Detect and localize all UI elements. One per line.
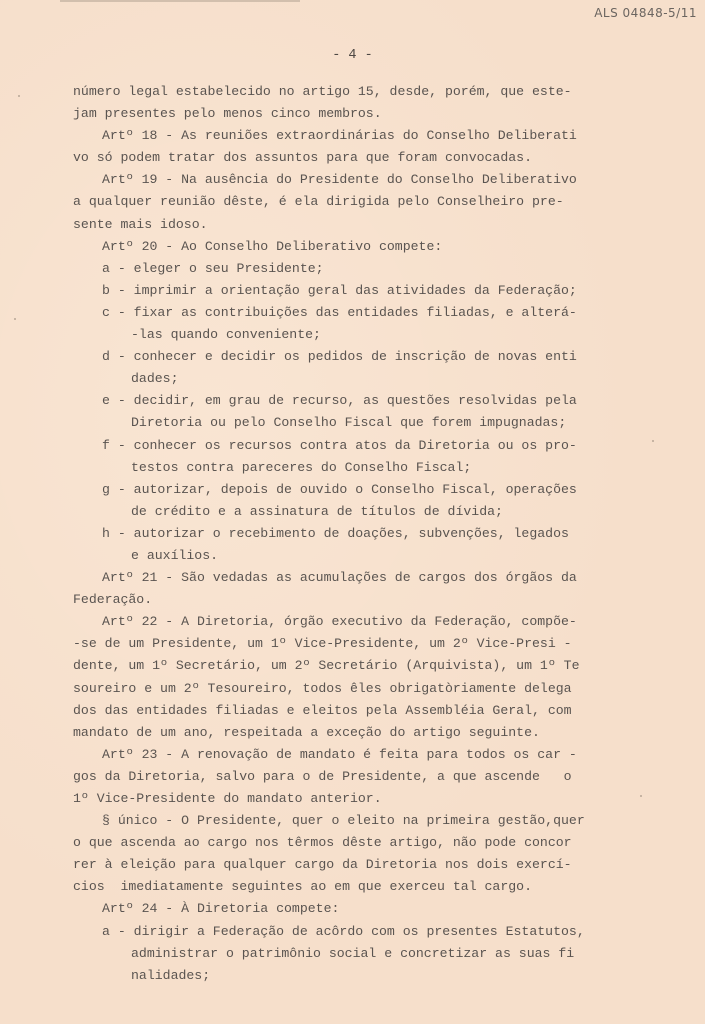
text-line: testos contra pareceres do Conselho Fisc… (73, 457, 633, 479)
text-line: Artº 19 - Na ausência do Presidente do C… (73, 169, 633, 191)
text-line: rer à eleição para qualquer cargo da Dir… (73, 854, 633, 876)
text-line: e auxílios. (73, 545, 633, 567)
text-line: gos da Diretoria, salvo para o de Presid… (73, 766, 633, 788)
text-line: -las quando conveniente; (73, 324, 633, 346)
text-line: vo só podem tratar dos assuntos para que… (73, 147, 633, 169)
text-line: d - conhecer e decidir os pedidos de ins… (73, 346, 633, 368)
paper-speck (14, 318, 16, 320)
text-line: c - fixar as contribuições das entidades… (73, 302, 633, 324)
paper-speck (652, 440, 654, 442)
text-line: mandato de um ano, respeitada a exceção … (73, 722, 633, 744)
text-line: f - conhecer os recursos contra atos da … (73, 435, 633, 457)
text-line: b - imprimir a orientação geral das ativ… (73, 280, 633, 302)
text-line: Artº 23 - A renovação de mandato é feita… (73, 744, 633, 766)
text-line: 1º Vice-Presidente do mandato anterior. (73, 788, 633, 810)
text-line: de crédito e a assinatura de títulos de … (73, 501, 633, 523)
text-line: h - autorizar o recebimento de doações, … (73, 523, 633, 545)
text-line: jam presentes pelo menos cinco membros. (73, 103, 633, 125)
text-line: Artº 18 - As reuniões extraordinárias do… (73, 125, 633, 147)
text-line: a - dirigir a Federação de acôrdo com os… (73, 921, 633, 943)
text-line: Federação. (73, 589, 633, 611)
text-line: g - autorizar, depois de ouvido o Consel… (73, 479, 633, 501)
text-line: número legal estabelecido no artigo 15, … (73, 81, 633, 103)
page-number: - 4 - (0, 48, 705, 63)
text-line: e - decidir, em grau de recurso, as ques… (73, 390, 633, 412)
text-line: administrar o patrimônio social e concre… (73, 943, 633, 965)
text-line: Artº 20 - Ao Conselho Deliberativo compe… (73, 236, 633, 258)
scan-edge-shadow (60, 0, 300, 2)
text-line: Diretoria ou pelo Conselho Fiscal que fo… (73, 412, 633, 434)
text-line: soureiro e um 2º Tesoureiro, todos êles … (73, 678, 633, 700)
text-line: Artº 22 - A Diretoria, órgão executivo d… (73, 611, 633, 633)
text-line: dente, um 1º Secretário, um 2º Secretári… (73, 655, 633, 677)
text-line: a - eleger o seu Presidente; (73, 258, 633, 280)
text-line: sente mais idoso. (73, 214, 633, 236)
paper-speck (640, 795, 642, 797)
text-line: dos das entidades filiadas e eleitos pel… (73, 700, 633, 722)
archive-reference-handwritten: ALS 04848-5/11 (594, 6, 697, 20)
document-page: ALS 04848-5/11 - 4 - número legal estabe… (0, 0, 705, 1024)
typewritten-body: número legal estabelecido no artigo 15, … (73, 81, 633, 987)
text-line: cios imediatamente seguintes ao em que e… (73, 876, 633, 898)
text-line: a qualquer reunião dêste, é ela dirigida… (73, 191, 633, 213)
text-line: § único - O Presidente, quer o eleito na… (73, 810, 633, 832)
text-line: Artº 24 - À Diretoria compete: (73, 898, 633, 920)
text-line: Artº 21 - São vedadas as acumulações de … (73, 567, 633, 589)
text-line: nalidades; (73, 965, 633, 987)
text-line: -se de um Presidente, um 1º Vice-Preside… (73, 633, 633, 655)
text-line: dades; (73, 368, 633, 390)
text-line: o que ascenda ao cargo nos têrmos dêste … (73, 832, 633, 854)
paper-speck (18, 95, 20, 97)
